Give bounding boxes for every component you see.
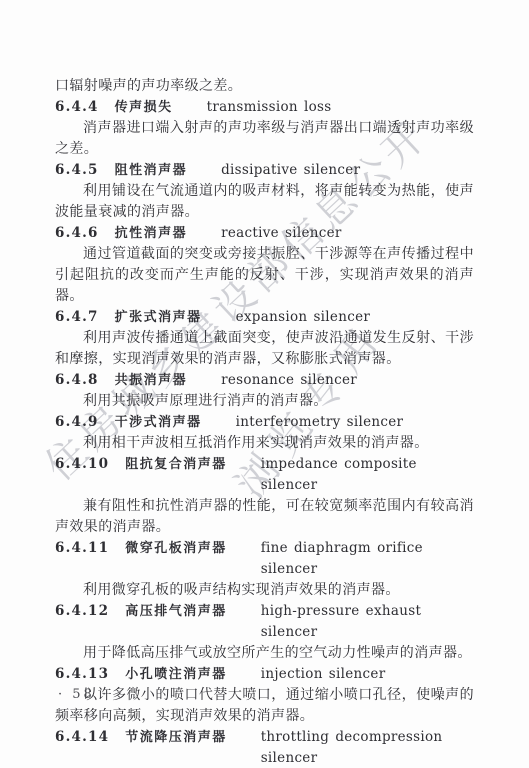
term-zh: 共振消声器 — [115, 370, 188, 391]
term-definition: 用于降低高压排气或放空所产生的空气动力性噪声的消声器。 — [55, 643, 474, 664]
term-en: high-pressure exhaust silencer — [261, 601, 474, 643]
term-definition: 利用声波传播通道上截面突变，使声波沿通道发生反射、干涉和摩擦，实现消声效果的消声… — [55, 328, 474, 370]
term-zh: 微穿孔板消声器 — [125, 538, 227, 559]
term-definition: 利用铺设在气流通道内的吸声材料，将声能转变为热能，使声波能量衰减的消声器。 — [55, 181, 474, 223]
term-en: fine diaphragm orifice silencer — [261, 538, 474, 580]
term-en: injection silencer — [261, 664, 386, 685]
term-en: transmission loss — [207, 97, 332, 118]
term-zh: 阻抗复合消声器 — [125, 454, 227, 475]
page-content: 口辐射噪声的声功率级之差。 6.4.4 传声损失 transmission lo… — [55, 76, 474, 768]
document-page: 住房城乡建设部信息公开 浏览专用 口辐射噪声的声功率级之差。 6.4.4 传声损… — [0, 0, 529, 768]
term-definition: 通过管道截面的突变或旁接共振腔、干涉源等在声传播过程中引起阻抗的改变而产生声能的… — [55, 244, 474, 307]
clause-number: 6.4.6 — [55, 223, 99, 244]
term-heading-6-4-12: 6.4.12 高压排气消声器 high-pressure exhaust sil… — [55, 601, 474, 643]
term-zh: 扩张式消声器 — [115, 307, 202, 328]
term-definition: 利用共振吸声原理进行消声的消声器。 — [55, 391, 474, 412]
clause-number: 6.4.7 — [55, 307, 99, 328]
term-heading-6-4-11: 6.4.11 微穿孔板消声器 fine diaphragm orifice si… — [55, 538, 474, 580]
term-zh: 阻性消声器 — [115, 160, 188, 181]
term-zh: 高压排气消声器 — [125, 601, 227, 622]
term-heading-6-4-14: 6.4.14 节流降压消声器 throttling decompression … — [55, 727, 474, 768]
term-definition: 利用微穿孔板的吸声结构实现消声效果的消声器。 — [55, 580, 474, 601]
clause-number: 6.4.11 — [55, 538, 109, 559]
term-heading-6-4-8: 6.4.8 共振消声器 resonance silencer — [55, 370, 474, 391]
term-zh: 小孔喷注消声器 — [125, 664, 227, 685]
term-definition: 兼有阻性和抗性消声器的性能，可在较宽频率范围内有较高消声效果的消声器。 — [55, 496, 474, 538]
term-heading-6-4-4: 6.4.4 传声损失 transmission loss — [55, 97, 474, 118]
term-en: dissipative silencer — [221, 160, 360, 181]
clause-number: 6.4.12 — [55, 601, 109, 622]
term-zh: 干涉式消声器 — [115, 412, 202, 433]
term-definition: 消声器进口端入射声的声功率级与消声器出口端透射声功率级之差。 — [55, 118, 474, 160]
term-heading-6-4-6: 6.4.6 抗性消声器 reactive silencer — [55, 223, 474, 244]
term-heading-6-4-13: 6.4.13 小孔喷注消声器 injection silencer — [55, 664, 474, 685]
clause-number: 6.4.8 — [55, 370, 99, 391]
clause-number: 6.4.13 — [55, 664, 109, 685]
continuation-paragraph: 口辐射噪声的声功率级之差。 — [55, 76, 474, 97]
term-en: reactive silencer — [221, 223, 342, 244]
term-en: expansion silencer — [236, 307, 371, 328]
term-zh: 抗性消声器 — [115, 223, 188, 244]
term-en: impedance composite silencer — [261, 454, 474, 496]
term-definition: 利用相干声波相互抵消作用来实现消声效果的消声器。 — [55, 433, 474, 454]
term-heading-6-4-10: 6.4.10 阻抗复合消声器 impedance composite silen… — [55, 454, 474, 496]
clause-number: 6.4.10 — [55, 454, 109, 475]
term-definition: 以许多微小的喷口代替大喷口，通过缩小喷口孔径，使噪声的频率移向高频，实现消声效果… — [55, 685, 474, 727]
term-heading-6-4-5: 6.4.5 阻性消声器 dissipative silencer — [55, 160, 474, 181]
term-heading-6-4-9: 6.4.9 干涉式消声器 interferometry silencer — [55, 412, 474, 433]
term-en: interferometry silencer — [236, 412, 404, 433]
term-heading-6-4-7: 6.4.7 扩张式消声器 expansion silencer — [55, 307, 474, 328]
term-zh: 传声损失 — [115, 97, 173, 118]
clause-number: 6.4.4 — [55, 97, 99, 118]
clause-number: 6.4.5 — [55, 160, 99, 181]
term-en: resonance silencer — [221, 370, 357, 391]
clause-number: 6.4.9 — [55, 412, 99, 433]
term-en: throttling decompression silencer — [261, 727, 474, 768]
clause-number: 6.4.14 — [55, 727, 109, 748]
page-number: · 58 · — [58, 687, 109, 702]
term-zh: 节流降压消声器 — [125, 727, 227, 748]
